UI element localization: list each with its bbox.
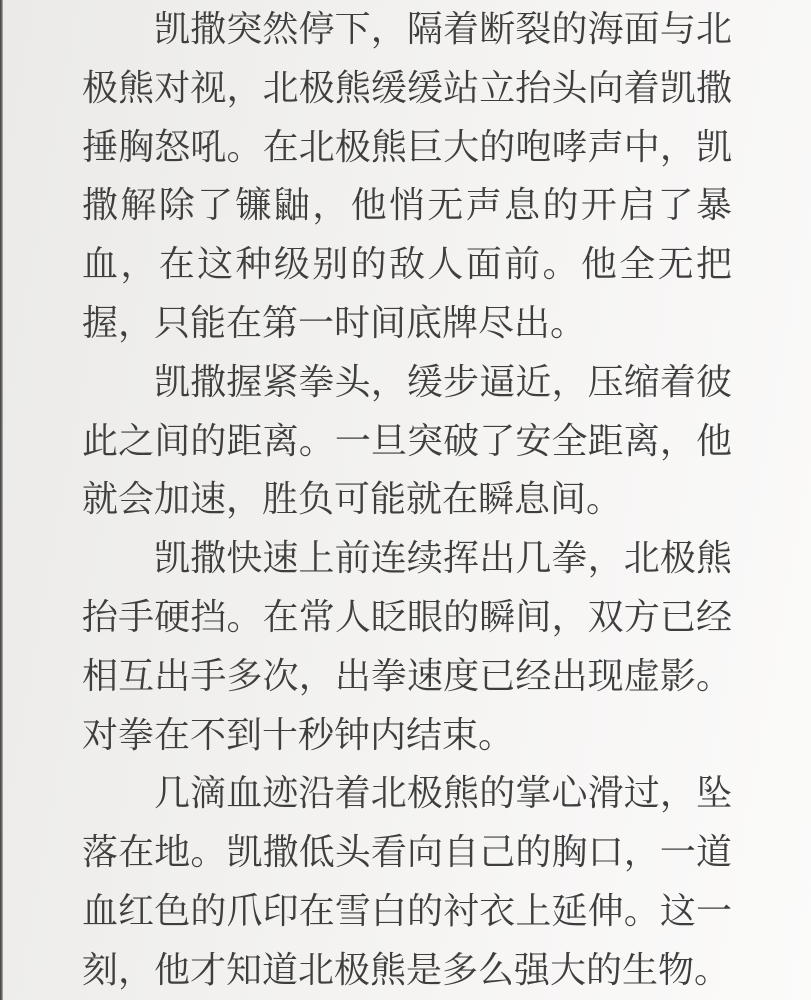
text-line: 相互出手多次，出拳速度已经出现虚影。 [82, 647, 732, 706]
text-line: 就会加速，胜负可能就在瞬息间。 [82, 470, 732, 529]
text-line: 极熊对视，北极熊缓缓站立抬头向着凯撒 [82, 59, 732, 118]
text-line: 凯撒快速上前连续挥出几拳，北极熊 [82, 529, 732, 588]
text-line: 凯撒突然停下，隔着断裂的海面与北 [82, 0, 732, 59]
novel-page: 凯撒突然停下，隔着断裂的海面与北极熊对视，北极熊缓缓站立抬头向着凯撒捶胸怒吼。在… [0, 0, 811, 1000]
text-line: 握，只能在第一时间底牌尽出。 [82, 294, 732, 353]
text-line: 凯撒握紧拳头，缓步逼近，压缩着彼 [82, 353, 732, 412]
page-text: 凯撒突然停下，隔着断裂的海面与北极熊对视，北极熊缓缓站立抬头向着凯撒捶胸怒吼。在… [82, 0, 732, 1000]
text-line: 血红色的爪印在雪白的衬衣上延伸。这一 [82, 882, 732, 941]
text-line: 抬手硬挡。在常人眨眼的瞬间，双方已经 [82, 588, 732, 647]
text-line: 此之间的距离。一旦突破了安全距离，他 [82, 412, 732, 471]
text-line: 捶胸怒吼。在北极熊巨大的咆哮声中，凯 [82, 118, 732, 177]
text-line: 对拳在不到十秒钟内结束。 [82, 706, 732, 765]
text-line: 撒解除了镰鼬，他悄无声息的开启了暴 [82, 176, 732, 235]
text-line: 落在地。凯撒低头看向自己的胸口，一道 [82, 823, 732, 882]
text-line: 几滴血迹沿着北极熊的掌心滑过，坠 [82, 764, 732, 823]
page-left-edge-shadow [0, 0, 3, 1000]
text-line: 血，在这种级别的敌人面前。他全无把 [82, 235, 732, 294]
text-line: 刻，他才知道北极熊是多么强大的生物。 [82, 941, 732, 1000]
